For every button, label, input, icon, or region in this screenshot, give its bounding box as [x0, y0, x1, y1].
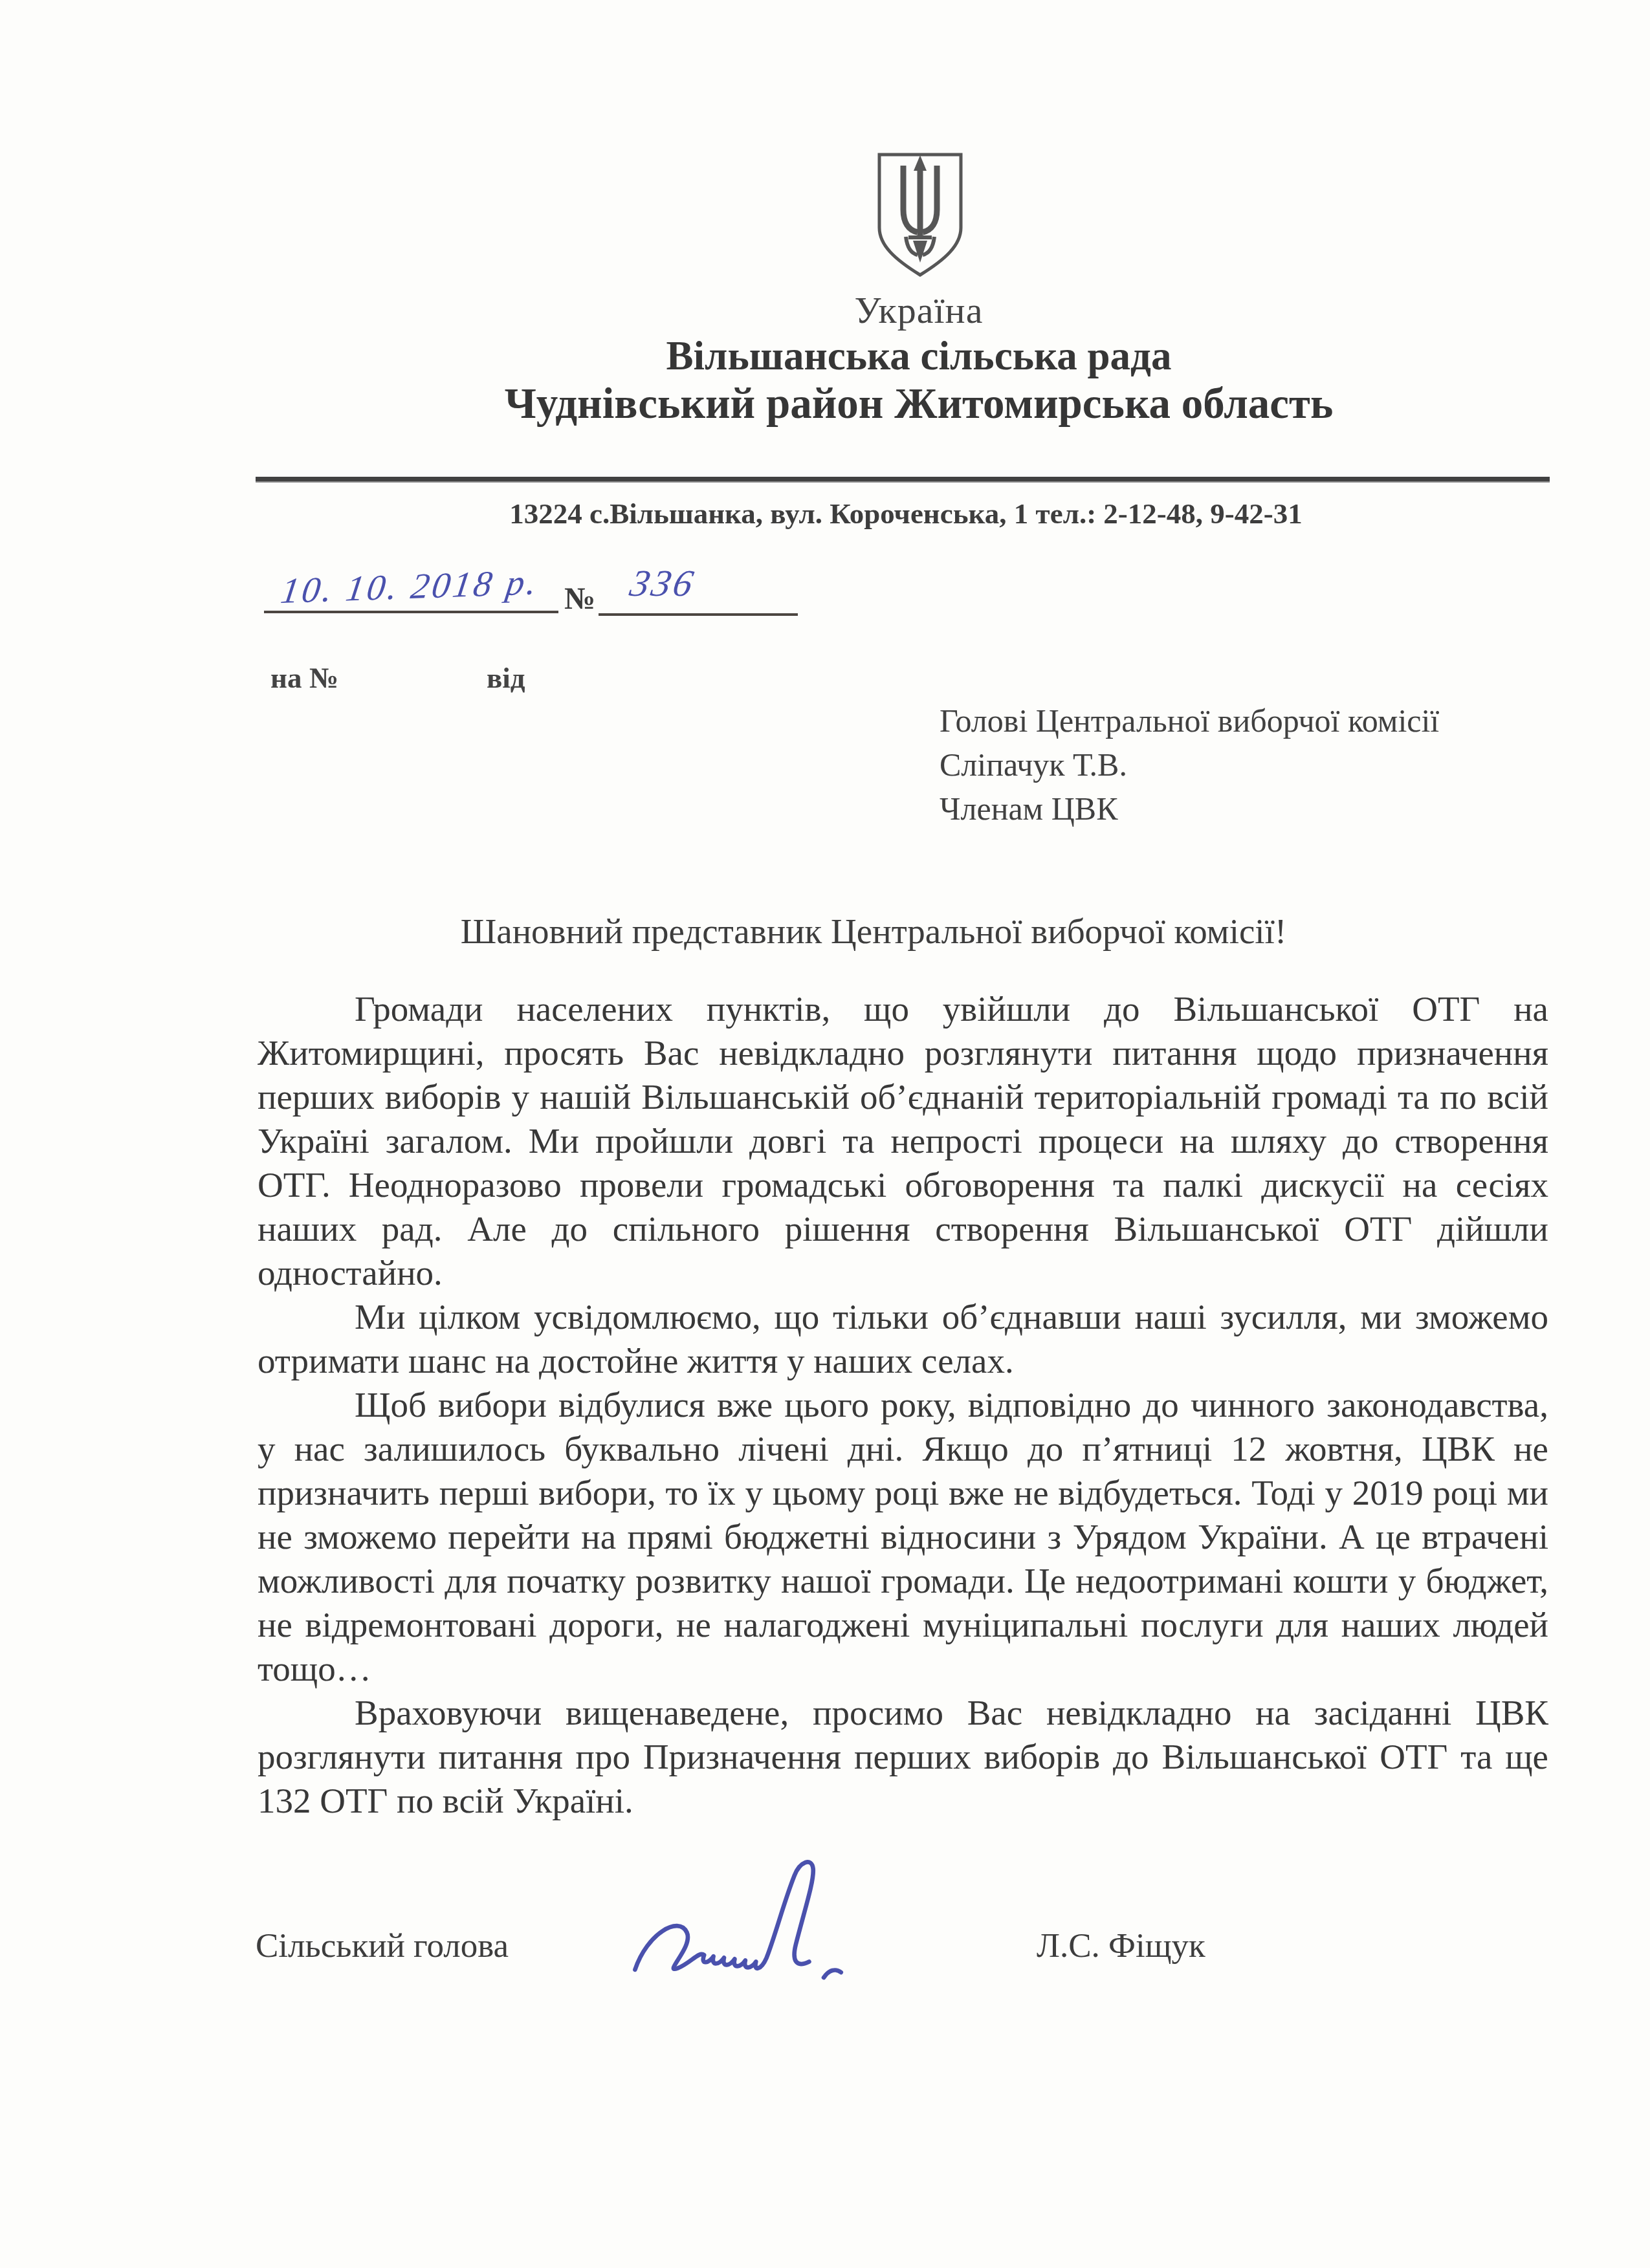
document-number-underline: [599, 613, 798, 616]
letterhead-divider: [256, 477, 1550, 483]
signer-name: Л.С. Фіщук: [1037, 1926, 1205, 1965]
reply-to-number-label: на №: [270, 661, 338, 695]
document-number-label: №: [564, 581, 595, 616]
recipient-block: Голові Центральної виборчої комісії Сліп…: [940, 699, 1439, 831]
date-underline: [264, 611, 558, 613]
handwritten-document-number: 336: [626, 562, 699, 605]
signer-title: Сільський голова: [256, 1926, 509, 1965]
reply-from-label: від: [487, 661, 525, 695]
recipient-line: Голові Центральної виборчої комісії: [940, 699, 1439, 743]
letter-body: Громади населених пунктів, що увійшли до…: [258, 987, 1548, 1823]
letterhead-country: Україна: [194, 289, 1644, 332]
body-paragraph: Громади населених пунктів, що увійшли до…: [258, 987, 1548, 1295]
handwritten-signature: [624, 1845, 996, 2007]
handwritten-date: 10. 10. 2018 р.: [278, 562, 542, 612]
body-paragraph: Ми цілком усвідомлюємо, що тільки об’єдн…: [258, 1295, 1548, 1383]
letterhead-organization: Вільшанська сільська рада: [194, 333, 1644, 380]
scanned-letter-page: Україна Вільшанська сільська рада Чуднів…: [0, 0, 1650, 2268]
letterhead-region: Чуднівський район Житомирська область: [194, 379, 1644, 429]
body-paragraph: Щоб вибори відбулися вже цього року, від…: [258, 1383, 1548, 1691]
recipient-line: Членам ЦВК: [940, 787, 1439, 831]
salutation: Шановний представник Центральної виборчо…: [194, 911, 1553, 952]
letterhead-address: 13224 с.Вільшанка, вул. Короченська, 1 т…: [194, 497, 1618, 530]
body-paragraph: Враховуючи вищенаведене, просимо Вас нев…: [258, 1691, 1548, 1823]
ukraine-trident-emblem-icon: [875, 150, 965, 279]
recipient-line: Сліпачук Т.В.: [940, 743, 1439, 787]
